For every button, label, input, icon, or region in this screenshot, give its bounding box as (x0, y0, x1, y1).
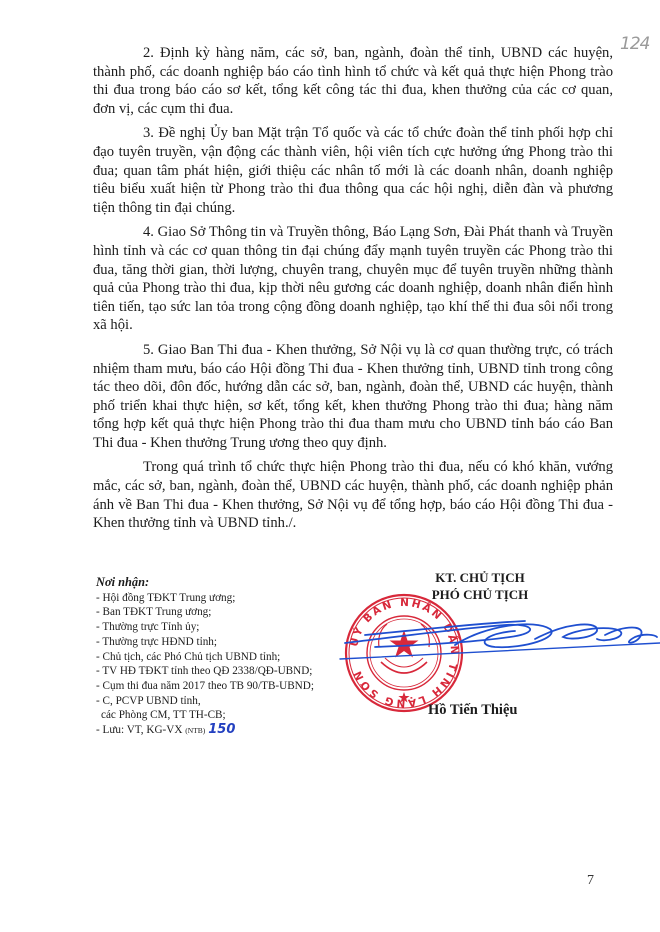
handwritten-count: 150 (208, 722, 235, 737)
document-body: 2. Định kỳ hàng năm, các sở, ban, ngành,… (93, 44, 613, 539)
recipient-item: - Chủ tịch, các Phó Chủ tịch UBND tỉnh; (96, 650, 366, 665)
recipient-item: - TV HĐ TĐKT tỉnh theo QĐ 2338/QĐ-UBND; (96, 664, 366, 679)
paragraph-5: 5. Giao Ban Thi đua - Khen thưởng, Sở Nộ… (93, 341, 613, 453)
page-number: 7 (587, 873, 594, 889)
recipients-title: Nơi nhận: (96, 575, 366, 590)
recipient-item: - Thường trực HĐND tỉnh; (96, 635, 366, 650)
handwritten-page-mark: 124 (620, 34, 649, 54)
document-page: 124 2. Định kỳ hàng năm, các sở, ban, ng… (0, 0, 660, 932)
signature-title-1: KT. CHỦ TỊCH (400, 569, 560, 586)
recipient-item: - Ban TĐKT Trung ương; (96, 605, 366, 620)
paragraph-3: 3. Đề nghị Ủy ban Mặt trận Tổ quốc và cá… (93, 124, 613, 217)
archive-note: (NTB) (185, 726, 205, 735)
archive-label: - Lưu: VT, KG-VX (96, 724, 182, 736)
signature-title-2: PHÓ CHỦ TỊCH (400, 586, 560, 603)
recipient-item: - C, PCVP UBND tỉnh, (96, 694, 366, 709)
recipients-list: Nơi nhận: - Hội đồng TĐKT Trung ương; - … (96, 575, 366, 739)
recipient-item: các Phòng CM, TT TH-CB; (96, 708, 366, 723)
archive-line: - Lưu: VT, KG-VX (NTB)150 (96, 723, 366, 739)
closing-paragraph: Trong quá trình tổ chức thực hiện Phong … (93, 458, 613, 532)
recipient-item: - Hội đồng TĐKT Trung ương; (96, 591, 366, 606)
handwritten-signature-icon (335, 615, 660, 675)
signature-block: KT. CHỦ TỊCH PHÓ CHỦ TỊCH (400, 569, 560, 603)
signer-name: Hồ Tiến Thiệu (428, 702, 517, 719)
paragraph-2: 2. Định kỳ hàng năm, các sở, ban, ngành,… (93, 44, 613, 118)
paragraph-4: 4. Giao Sở Thông tin và Truyền thông, Bá… (93, 223, 613, 335)
recipient-item: - Thường trực Tỉnh ủy; (96, 620, 366, 635)
recipient-item: - Cụm thi đua năm 2017 theo TB 90/TB-UBN… (96, 679, 366, 694)
